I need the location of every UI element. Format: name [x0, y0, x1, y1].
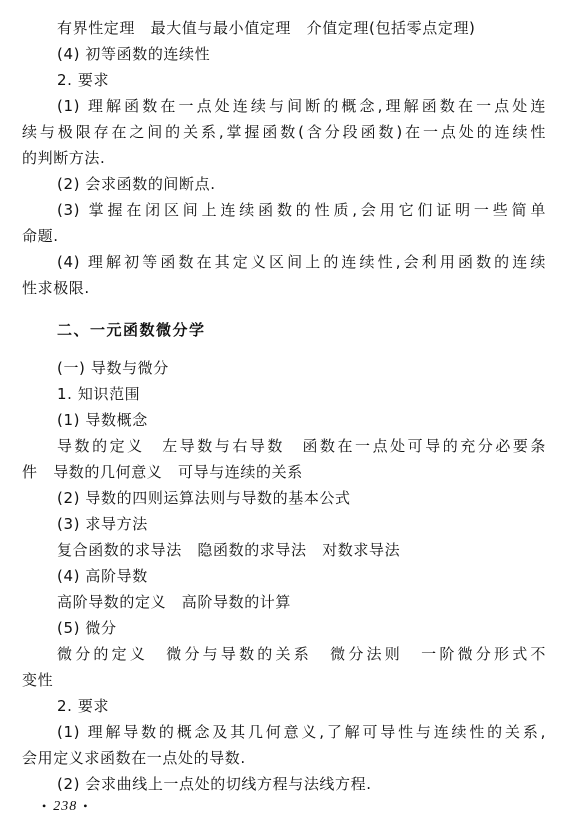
item-4-higher-order: (4) 高阶导数: [57, 566, 148, 586]
requirement-4-line-1: (4) 理解初等函数在其定义区间上的连续性,会利用函数的连续: [57, 252, 546, 272]
section-2-requirements-b: 2. 要求: [57, 696, 109, 716]
section-1-knowledge-scope: 1. 知识范围: [57, 384, 140, 404]
higher-order-detail: 高阶导数的定义 高阶导数的计算: [57, 592, 291, 612]
requirement-3-line-1: (3) 掌握在闭区间上连续函数的性质,会用它们证明一些简单: [57, 200, 546, 220]
requirement-3-line-2: 命题.: [22, 226, 59, 246]
requirement-1-line-2: 续与极限存在之间的关系,掌握函数(含分段函数)在一点处的连续性: [22, 122, 546, 142]
text-line-bounded-theorems: 有界性定理 最大值与最小值定理 介值定理(包括零点定理): [57, 18, 476, 38]
requirement-1-line-1: (1) 理解函数在一点处连续与间断的概念,理解函数在一点处连: [57, 96, 546, 116]
page-number-dot-left: •: [42, 799, 47, 813]
section-2-requirements: 2. 要求: [57, 70, 109, 90]
differential-detail-line-1: 微分的定义 微分与导数的关系 微分法则 一阶微分形式不: [57, 644, 546, 664]
item-5-differential: (5) 微分: [57, 618, 117, 638]
requirement-1-line-3: 的判断方法.: [22, 148, 105, 168]
requirement-b2: (2) 会求曲线上一点处的切线方程与法线方程.: [57, 774, 372, 794]
item-3-methods: (3) 求导方法: [57, 514, 148, 534]
differential-detail-line-2: 变性: [22, 670, 53, 690]
requirement-b1-line-1: (1) 理解导数的概念及其几何意义,了解可导性与连续性的关系,: [57, 722, 546, 742]
page-number-value: 238: [53, 799, 77, 814]
page-number: •238•: [36, 799, 94, 815]
chapter-heading-differential-calculus: 二、一元函数微分学: [57, 320, 206, 340]
item-1-derivative-concept: (1) 导数概念: [57, 410, 148, 430]
methods-detail: 复合函数的求导法 隐函数的求导法 对数求导法: [57, 540, 400, 560]
subsection-derivative-differential: (一) 导数与微分: [57, 358, 169, 378]
requirement-b1-line-2: 会用定义求函数在一点处的导数.: [22, 748, 246, 768]
item-2-arithmetic-rules: (2) 导数的四则运算法则与导数的基本公式: [57, 488, 351, 508]
page-number-dot-right: •: [83, 799, 88, 813]
requirement-2: (2) 会求函数的间断点.: [57, 174, 216, 194]
item-4-elementary-continuity: (4) 初等函数的连续性: [57, 44, 210, 64]
derivative-concept-line-1: 导数的定义 左导数与右导数 函数在一点处可导的充分必要条: [57, 436, 546, 456]
derivative-concept-line-2: 件 导数的几何意义 可导与连续的关系: [22, 462, 303, 482]
requirement-4-line-2: 性求极限.: [22, 278, 90, 298]
